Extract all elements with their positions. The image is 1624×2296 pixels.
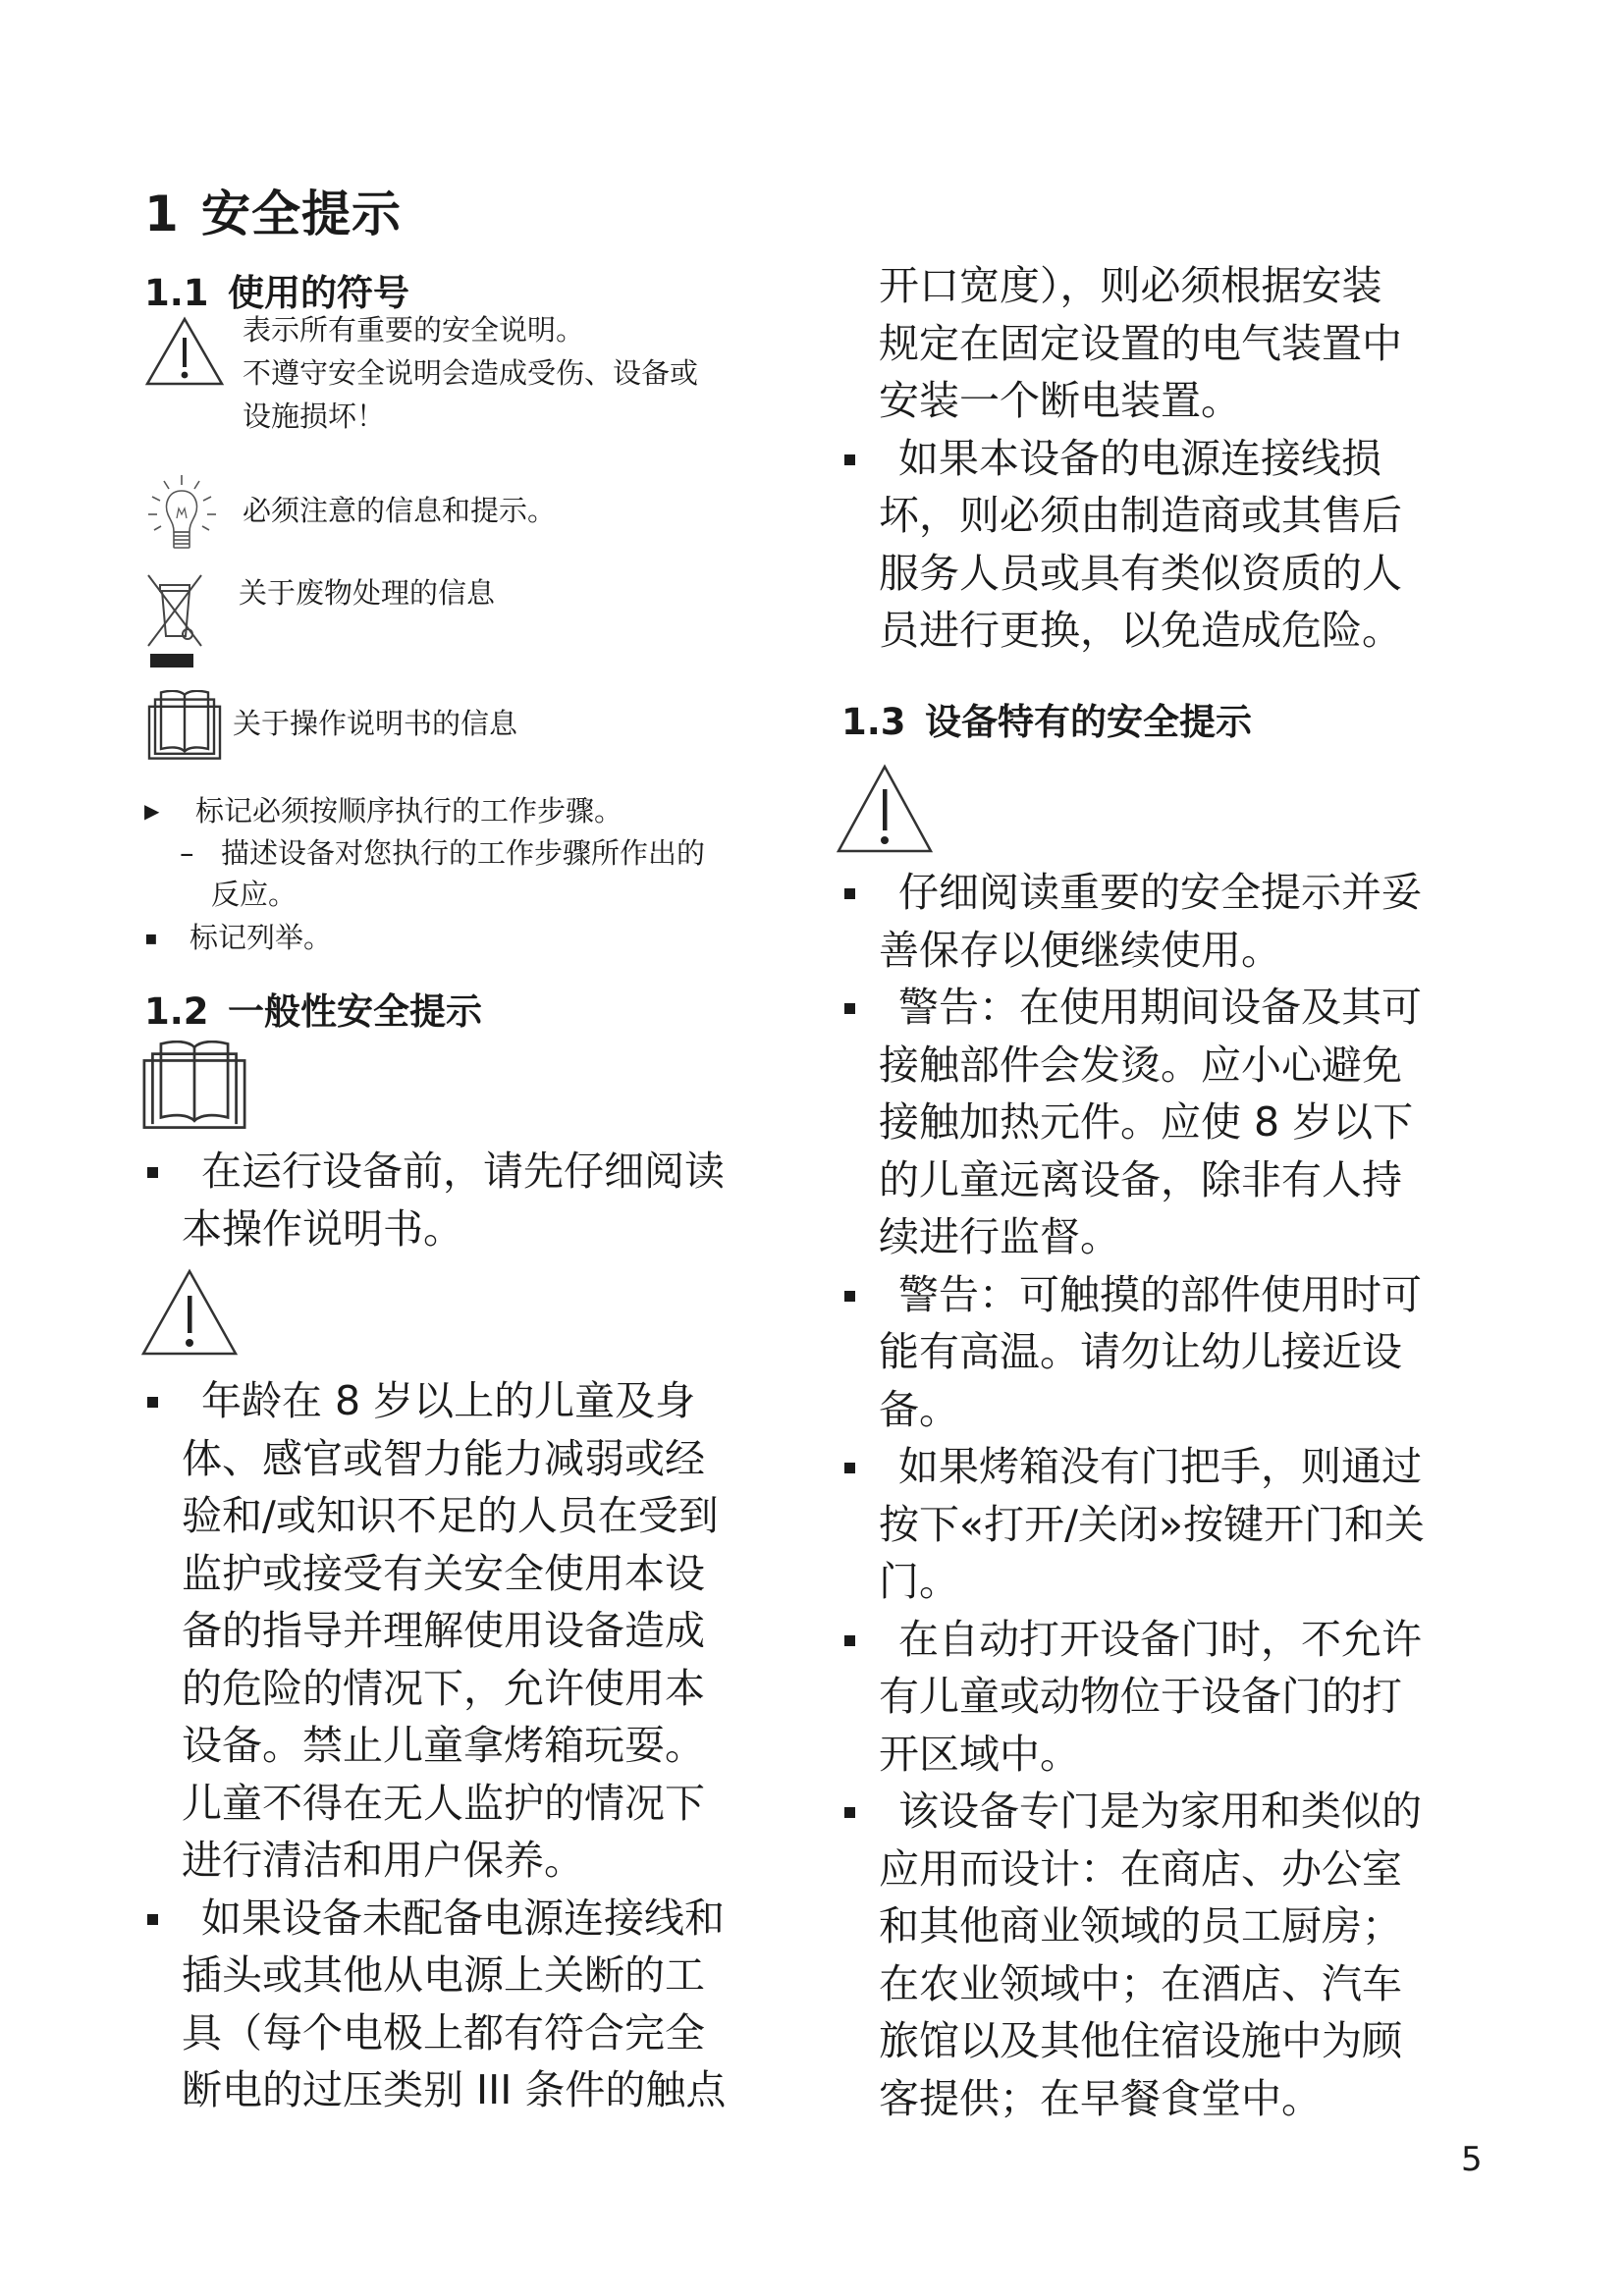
section-number: 1.3	[841, 701, 925, 743]
dash-icon: –	[180, 832, 221, 874]
warning-triangle-icon	[140, 1268, 239, 1357]
text-line: 本操作说明书。	[182, 1201, 812, 1258]
bullet-square-icon	[147, 1397, 158, 1408]
section-title: 一般性安全提示	[228, 990, 482, 1033]
bullet-item: 如果本设备的电源连接线损 坏，则必须由制造商或其售后 服务人员或具有类似资质的人…	[841, 430, 1529, 660]
mark-list: ▪标记列举。	[144, 917, 332, 961]
bullet-list-general: 在运行设备前，请先仔细阅读 本操作说明书。	[144, 1143, 812, 1257]
text-line: 坏，则必须由制造商或其售后	[879, 487, 1529, 545]
symbol-description: 关于废物处理的信息	[239, 571, 495, 614]
text-line: 规定在固定设置的电气装置中	[879, 315, 1529, 373]
text-line: 开区域中。	[879, 1726, 1529, 1784]
bullet-list-device: 仔细阅读重要的安全提示并妥 善保存以便继续使用。 警告：在使用期间设备及其可 接…	[841, 864, 1529, 2127]
open-book-icon	[140, 1041, 248, 1131]
page-number: 5	[1461, 2140, 1483, 2179]
mark-step: ▶标记必须按顺序执行的工作步骤。	[144, 790, 623, 834]
symbol-row-disposal: 关于废物处理的信息	[144, 571, 495, 673]
text-line: 的危险的情况下，允许使用本	[182, 1660, 812, 1718]
crossed-out-bin-icon	[144, 571, 225, 673]
chapter-heading: 1安全提示	[144, 175, 402, 245]
section-number: 1.2	[144, 990, 228, 1033]
text-line: 不遵守安全说明会造成受伤、设备或	[243, 351, 698, 395]
text-line: 验和/或知识不足的人员在受到	[182, 1487, 812, 1545]
text-line: 如果设备未配备电源连接线和	[182, 1890, 812, 1948]
text-line: 插头或其他从电源上关断的工	[182, 1947, 812, 2004]
symbol-row-tip: 必须注意的信息和提示。	[144, 473, 556, 556]
text-line: 接触加热元件。应使 8 岁以下	[879, 1094, 1529, 1151]
symbol-row-manual: 关于操作说明书的信息	[144, 690, 517, 761]
text-line: 设施损坏！	[243, 395, 698, 438]
bullet-square-icon	[844, 1291, 855, 1302]
text-line: 服务人员或具有类似资质的人	[879, 545, 1529, 603]
text-line: 员进行更换，以免造成危险。	[879, 602, 1529, 660]
text-line: 必须注意的信息和提示。	[243, 489, 556, 532]
warning-triangle-icon	[836, 764, 934, 854]
text-line: 设备。禁止儿童拿烤箱玩耍。	[182, 1717, 812, 1775]
bullet-square-icon	[844, 888, 855, 899]
bullet-square-icon	[147, 1167, 158, 1178]
step-arrow-icon: ▶	[144, 790, 195, 831]
open-book-icon	[144, 690, 225, 761]
text-line: 关于操作说明书的信息	[233, 702, 517, 745]
mark-text: 描述设备对您执行的工作步骤所作出的	[221, 836, 705, 870]
bullet-square-icon	[147, 1914, 158, 1925]
text-line: 应用而设计：在商店、办公室	[879, 1841, 1529, 1898]
text-line: 善保存以便继续使用。	[879, 922, 1529, 980]
text-line: 的儿童远离设备，除非有人持	[879, 1151, 1529, 1209]
text-line: 表示所有重要的安全说明。	[243, 308, 698, 351]
mark-text-continued: 反应。	[180, 874, 705, 915]
symbol-description: 表示所有重要的安全说明。 不遵守安全说明会造成受伤、设备或 设施损坏！	[243, 308, 698, 438]
bullet-item: 年龄在 8 岁以上的儿童及身 体、感官或智力能力减弱或经 验和/或知识不足的人员…	[144, 1372, 812, 1890]
text-line: 断电的过压类别 III 条件的触点	[182, 2061, 812, 2119]
symbol-row-warning: 表示所有重要的安全说明。 不遵守安全说明会造成受伤、设备或 设施损坏！	[144, 316, 698, 438]
text-line: 能有高温。请勿让幼儿接近设	[879, 1323, 1529, 1381]
bullet-item: 仔细阅读重要的安全提示并妥 善保存以便继续使用。	[841, 864, 1529, 979]
list-square-icon: ▪	[144, 917, 189, 958]
bullet-item: 如果烤箱没有门把手，则通过 按下«打开/关闭»按键开门和关 门。	[841, 1438, 1529, 1611]
text-line: 在农业领域中；在酒店、汽车	[879, 1955, 1529, 2013]
text-line: 备。	[879, 1381, 1529, 1439]
text-line: 有儿童或动物位于设备门的打	[879, 1668, 1529, 1726]
text-line: 儿童不得在无人监护的情况下	[182, 1775, 812, 1833]
text-line: 年龄在 8 岁以上的儿童及身	[182, 1372, 812, 1430]
section-heading-1-2: 1.2一般性安全提示	[144, 982, 482, 1035]
bullet-list-general-2: 年龄在 8 岁以上的儿童及身 体、感官或智力能力减弱或经 验和/或知识不足的人员…	[144, 1372, 812, 2119]
text-line: 关于废物处理的信息	[239, 571, 495, 614]
bullet-item: 在运行设备前，请先仔细阅读 本操作说明书。	[144, 1143, 812, 1257]
text-line: 该设备专门是为家用和类似的	[879, 1783, 1529, 1841]
lightbulb-icon	[144, 473, 225, 556]
text-line: 具（每个电极上都有符合完全	[182, 2004, 812, 2062]
text-line: 接触部件会发烫。应小心避免	[879, 1037, 1529, 1095]
bullet-item: 在自动打开设备门时，不允许 有儿童或动物位于设备门的打 开区域中。	[841, 1611, 1529, 1784]
bullet-square-icon	[844, 1003, 855, 1014]
bullet-square-icon	[844, 454, 855, 465]
text-line: 体、感官或智力能力减弱或经	[182, 1430, 812, 1488]
mark-text: 标记必须按顺序执行的工作步骤。	[195, 794, 623, 828]
section-number: 1.1	[144, 272, 228, 314]
text-line: 按下«打开/关闭»按键开门和关	[879, 1496, 1529, 1554]
section-title: 设备特有的安全提示	[925, 701, 1252, 743]
text-line: 备的指导并理解使用设备造成	[182, 1602, 812, 1660]
text-line: 在自动打开设备门时，不允许	[879, 1611, 1529, 1669]
text-line: 门。	[879, 1553, 1529, 1611]
text-line: 警告：在使用期间设备及其可	[879, 979, 1529, 1037]
bullet-square-icon	[844, 1807, 855, 1818]
text-line: 进行清洁和用户保养。	[182, 1832, 812, 1890]
chapter-number: 1	[144, 186, 201, 242]
warning-triangle-icon	[144, 316, 225, 387]
text-line: 和其他商业领域的员工厨房；	[879, 1897, 1529, 1955]
bullet-item: 如果设备未配备电源连接线和 插头或其他从电源上关断的工 具（每个电极上都有符合完…	[144, 1890, 812, 2119]
chapter-title: 安全提示	[201, 186, 402, 242]
symbol-description: 必须注意的信息和提示。	[243, 489, 556, 532]
bullet-item: 警告：可触摸的部件使用时可 能有高温。请勿让幼儿接近设 备。	[841, 1266, 1529, 1439]
bullet-item: 警告：在使用期间设备及其可 接触部件会发烫。应小心避免 接触加热元件。应使 8 …	[841, 979, 1529, 1266]
mark-text: 标记列举。	[189, 921, 332, 954]
bullet-item: 该设备专门是为家用和类似的 应用而设计：在商店、办公室 和其他商业领域的员工厨房…	[841, 1783, 1529, 2127]
text-line: 监护或接受有关安全使用本设	[182, 1545, 812, 1603]
text-line: 开口宽度），则必须根据安装	[879, 257, 1529, 315]
text-line: 警告：可触摸的部件使用时可	[879, 1266, 1529, 1324]
text-line: 仔细阅读重要的安全提示并妥	[879, 864, 1529, 922]
text-line: 旅馆以及其他住宿设施中为顾	[879, 2012, 1529, 2070]
text-line: 客提供；在早餐食堂中。	[879, 2070, 1529, 2128]
section-heading-1-3: 1.3设备特有的安全提示	[841, 692, 1252, 745]
text-line: 如果本设备的电源连接线损	[879, 430, 1529, 488]
manual-page: 1安全提示 1.1使用的符号 表示所有重要的安全说明。 不遵守安全说明会造成受伤…	[0, 0, 1624, 2296]
bullet-square-icon	[844, 1463, 855, 1473]
bullet-square-icon	[844, 1635, 855, 1646]
mark-reaction: –描述设备对您执行的工作步骤所作出的 反应。	[180, 832, 705, 915]
text-line: 安装一个断电装置。	[879, 372, 1529, 430]
continued-paragraph: 开口宽度），则必须根据安装 规定在固定设置的电气装置中 安装一个断电装置。 如果…	[841, 257, 1529, 660]
text-line: 在运行设备前，请先仔细阅读	[182, 1143, 812, 1201]
text-line: 如果烤箱没有门把手，则通过	[879, 1438, 1529, 1496]
symbol-description: 关于操作说明书的信息	[233, 702, 517, 745]
text-line: 续进行监督。	[879, 1208, 1529, 1266]
